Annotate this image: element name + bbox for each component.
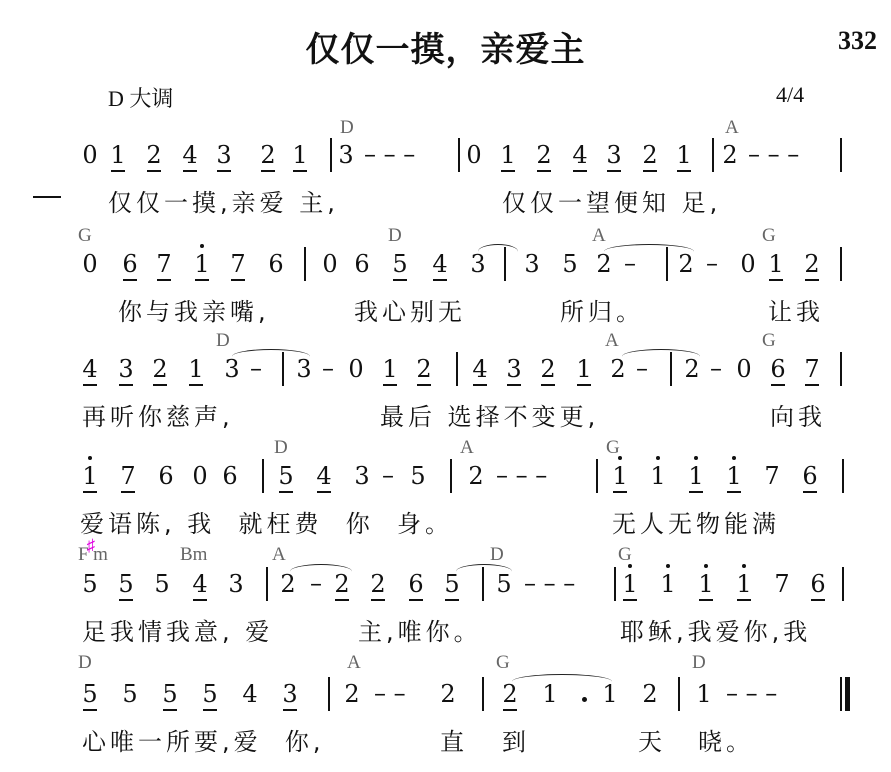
note: 2 bbox=[466, 462, 486, 490]
note: 0 bbox=[190, 462, 210, 490]
chord-symbol: D bbox=[340, 117, 354, 139]
chord-root: D bbox=[274, 437, 288, 458]
barline bbox=[304, 247, 306, 281]
note: 0 bbox=[346, 355, 366, 383]
note: 3 bbox=[280, 680, 300, 708]
note: 3 bbox=[604, 141, 624, 169]
note: 2 bbox=[438, 680, 458, 708]
chord-root: D bbox=[490, 544, 504, 565]
note: 7 bbox=[802, 355, 822, 383]
note: 4 bbox=[240, 680, 260, 708]
barline bbox=[840, 352, 842, 386]
chord-symbol: A bbox=[347, 652, 361, 674]
note: 2 bbox=[720, 141, 740, 169]
note: 6 bbox=[800, 462, 820, 490]
note: 1 bbox=[766, 250, 786, 278]
chord-root: A bbox=[272, 544, 286, 565]
chord-symbol: A bbox=[272, 544, 286, 566]
note: 1 bbox=[674, 141, 694, 169]
barline bbox=[712, 138, 714, 172]
note: 3 bbox=[116, 355, 136, 383]
chord-symbol: G bbox=[78, 225, 92, 247]
note: 5 bbox=[120, 680, 140, 708]
chord-root: G bbox=[78, 225, 92, 246]
note: 5 bbox=[160, 680, 180, 708]
note: 5 bbox=[152, 570, 172, 598]
chord-symbol: G bbox=[618, 544, 632, 566]
chord-root: D bbox=[388, 225, 402, 246]
lyric-line: 我心别无 bbox=[354, 292, 466, 327]
sustain-dash: – – – bbox=[726, 679, 777, 707]
time-signature: 4/4 bbox=[776, 82, 804, 108]
note: 5 bbox=[390, 250, 410, 278]
lyric-line: 足我情我意, 爱 bbox=[82, 612, 273, 647]
note: 5 bbox=[80, 570, 100, 598]
chord-root: G bbox=[496, 652, 510, 673]
lyric-line: 所归。 bbox=[560, 292, 644, 327]
tie-arc bbox=[232, 349, 310, 364]
note: 7 bbox=[762, 462, 782, 490]
tie-arc bbox=[478, 244, 518, 259]
tie-arc bbox=[622, 349, 700, 364]
chord-symbol: D bbox=[388, 225, 402, 247]
note: 3 bbox=[522, 250, 542, 278]
note: 1 bbox=[498, 141, 518, 169]
note: 1 bbox=[620, 570, 640, 598]
chord-root: A bbox=[592, 225, 606, 246]
note: 1 bbox=[290, 141, 310, 169]
sustain-dash: – bbox=[706, 249, 718, 277]
lyric-line: 再听你慈声, bbox=[82, 397, 234, 432]
note: 6 bbox=[120, 250, 140, 278]
chord-symbol: Bm bbox=[180, 544, 207, 566]
note: 1 bbox=[192, 250, 212, 278]
chord-quality: m bbox=[93, 544, 108, 565]
lyric-line: 主,唯你。 bbox=[358, 612, 482, 647]
note: 1 bbox=[724, 462, 744, 490]
final-barline-thick bbox=[845, 677, 850, 711]
sustain-dash: – bbox=[710, 354, 722, 382]
chord-symbol: G bbox=[762, 330, 776, 352]
chord-root: A bbox=[347, 652, 361, 673]
chord-symbol: G bbox=[496, 652, 510, 674]
chord-symbol: D bbox=[78, 652, 92, 674]
note: 2 bbox=[534, 141, 554, 169]
lyric-lead-dash bbox=[33, 196, 61, 198]
note: 0 bbox=[464, 141, 484, 169]
note: 3 bbox=[226, 570, 246, 598]
note: 3 bbox=[504, 355, 524, 383]
lyric-line: 心唯一所要,爱 你, bbox=[82, 722, 325, 757]
note: 4 bbox=[180, 141, 200, 169]
note: 6 bbox=[220, 462, 240, 490]
key-signature: D 大调 bbox=[108, 82, 173, 113]
note: 1 bbox=[380, 355, 400, 383]
note: 2 bbox=[538, 355, 558, 383]
page-number: 332 bbox=[838, 26, 877, 56]
chord-symbol: D bbox=[490, 544, 504, 566]
barline bbox=[596, 459, 598, 493]
note: 2 bbox=[150, 355, 170, 383]
chord-symbol: F♯m bbox=[78, 544, 108, 566]
chord-root: G bbox=[762, 225, 776, 246]
chord-root: G bbox=[606, 437, 620, 458]
lyric-line: 直 bbox=[440, 722, 468, 757]
barline bbox=[266, 567, 268, 601]
chord-root: D bbox=[340, 117, 354, 138]
sustain-dash: – bbox=[322, 354, 334, 382]
note: 6 bbox=[808, 570, 828, 598]
barline bbox=[262, 459, 264, 493]
chord-symbol: A bbox=[605, 330, 619, 352]
note: 2 bbox=[640, 680, 660, 708]
note: 0 bbox=[738, 250, 758, 278]
note: 1 bbox=[658, 570, 678, 598]
lyric-line: 耶稣,我爱你,我 bbox=[620, 612, 811, 647]
sustain-dash: – – bbox=[374, 679, 406, 707]
chord-root: A bbox=[605, 330, 619, 351]
chord-symbol: A bbox=[460, 437, 474, 459]
note: 2 bbox=[258, 141, 278, 169]
chord-symbol: D bbox=[692, 652, 706, 674]
note: 1 bbox=[80, 462, 100, 490]
note: 1 bbox=[696, 570, 716, 598]
note: 1 bbox=[610, 462, 630, 490]
sustain-dash: – – – bbox=[524, 569, 575, 597]
note: 3 bbox=[336, 141, 356, 169]
chord-root: G bbox=[762, 330, 776, 351]
note: 5 bbox=[276, 462, 296, 490]
chord-root: Bm bbox=[180, 544, 207, 565]
augmentation-dot bbox=[582, 697, 587, 702]
note: 2 bbox=[342, 680, 362, 708]
barline bbox=[330, 138, 332, 172]
note: 1 bbox=[108, 141, 128, 169]
lyric-line: 仅仅一摸,亲爱 主, bbox=[108, 183, 339, 218]
barline bbox=[678, 677, 680, 711]
barline bbox=[842, 567, 844, 601]
note: 6 bbox=[406, 570, 426, 598]
barline bbox=[840, 247, 842, 281]
barline bbox=[614, 567, 616, 601]
note: 5 bbox=[408, 462, 428, 490]
note: 7 bbox=[228, 250, 248, 278]
barline bbox=[840, 138, 842, 172]
note: 4 bbox=[430, 250, 450, 278]
lyric-line: 让我 bbox=[768, 292, 824, 327]
chord-root: D bbox=[78, 652, 92, 673]
note: 6 bbox=[266, 250, 286, 278]
note: 1 bbox=[648, 462, 668, 490]
chord-symbol: A bbox=[592, 225, 606, 247]
tie-arc bbox=[290, 564, 352, 579]
chord-root: G bbox=[618, 544, 632, 565]
lyric-line: 无人无物能满 bbox=[612, 504, 780, 539]
chord-symbol: D bbox=[274, 437, 288, 459]
lyric-line: 你与我亲嘴, bbox=[118, 292, 270, 327]
barline bbox=[450, 459, 452, 493]
lyric-line: 最后 选择不变更, bbox=[380, 397, 599, 432]
note: 2 bbox=[414, 355, 434, 383]
chord-symbol: G bbox=[762, 225, 776, 247]
note: 4 bbox=[470, 355, 490, 383]
sharp-icon: ♯ bbox=[87, 536, 96, 555]
note: 5 bbox=[560, 250, 580, 278]
note: 2 bbox=[640, 141, 660, 169]
note: 2 bbox=[144, 141, 164, 169]
note: 1 bbox=[686, 462, 706, 490]
barline bbox=[842, 459, 844, 493]
note: 6 bbox=[352, 250, 372, 278]
note: 4 bbox=[570, 141, 590, 169]
note: 1 bbox=[734, 570, 754, 598]
sustain-dash: – – – bbox=[496, 461, 547, 489]
chord-root: D bbox=[216, 330, 230, 351]
note: 6 bbox=[768, 355, 788, 383]
note: 0 bbox=[80, 250, 100, 278]
note: 2 bbox=[368, 570, 388, 598]
barline bbox=[456, 352, 458, 386]
lyric-line: 晓。 bbox=[698, 722, 754, 757]
final-barline-thin bbox=[840, 677, 842, 711]
sustain-dash: – bbox=[382, 461, 394, 489]
chord-symbol: D bbox=[216, 330, 230, 352]
chord-root: D bbox=[692, 652, 706, 673]
note: 7 bbox=[154, 250, 174, 278]
note: 0 bbox=[734, 355, 754, 383]
chord-symbol: A bbox=[725, 117, 739, 139]
chord-root: A bbox=[725, 117, 739, 138]
note: 3 bbox=[352, 462, 372, 490]
barline bbox=[458, 138, 460, 172]
barline bbox=[328, 677, 330, 711]
note: 0 bbox=[320, 250, 340, 278]
note: 1 bbox=[186, 355, 206, 383]
note: 4 bbox=[190, 570, 210, 598]
note: 6 bbox=[156, 462, 176, 490]
note: 7 bbox=[772, 570, 792, 598]
lyric-line: 到 bbox=[502, 722, 530, 757]
note: 1 bbox=[574, 355, 594, 383]
note: 5 bbox=[200, 680, 220, 708]
sustain-dash: – – – bbox=[748, 140, 799, 168]
note: 7 bbox=[118, 462, 138, 490]
song-title: 仅仅一摸，亲爱主 bbox=[0, 22, 891, 71]
note: 5 bbox=[80, 680, 100, 708]
note: 4 bbox=[80, 355, 100, 383]
lyric-line: 天 bbox=[638, 722, 666, 757]
sustain-dash: – – – bbox=[364, 140, 415, 168]
note: 5 bbox=[116, 570, 136, 598]
note: 3 bbox=[214, 141, 234, 169]
note: 4 bbox=[314, 462, 334, 490]
chord-root: A bbox=[460, 437, 474, 458]
tie-arc bbox=[512, 674, 612, 689]
tie-arc bbox=[456, 564, 512, 579]
lyric-line: 爱语陈, 我 就枉费 你 身。 bbox=[80, 504, 453, 539]
note: 0 bbox=[80, 141, 100, 169]
note: 2 bbox=[802, 250, 822, 278]
lyric-line: 向我 bbox=[770, 397, 826, 432]
tie-arc bbox=[604, 244, 694, 259]
note: 1 bbox=[694, 680, 714, 708]
barline bbox=[482, 677, 484, 711]
lyric-line: 仅仅一望便知 足, bbox=[502, 183, 721, 218]
